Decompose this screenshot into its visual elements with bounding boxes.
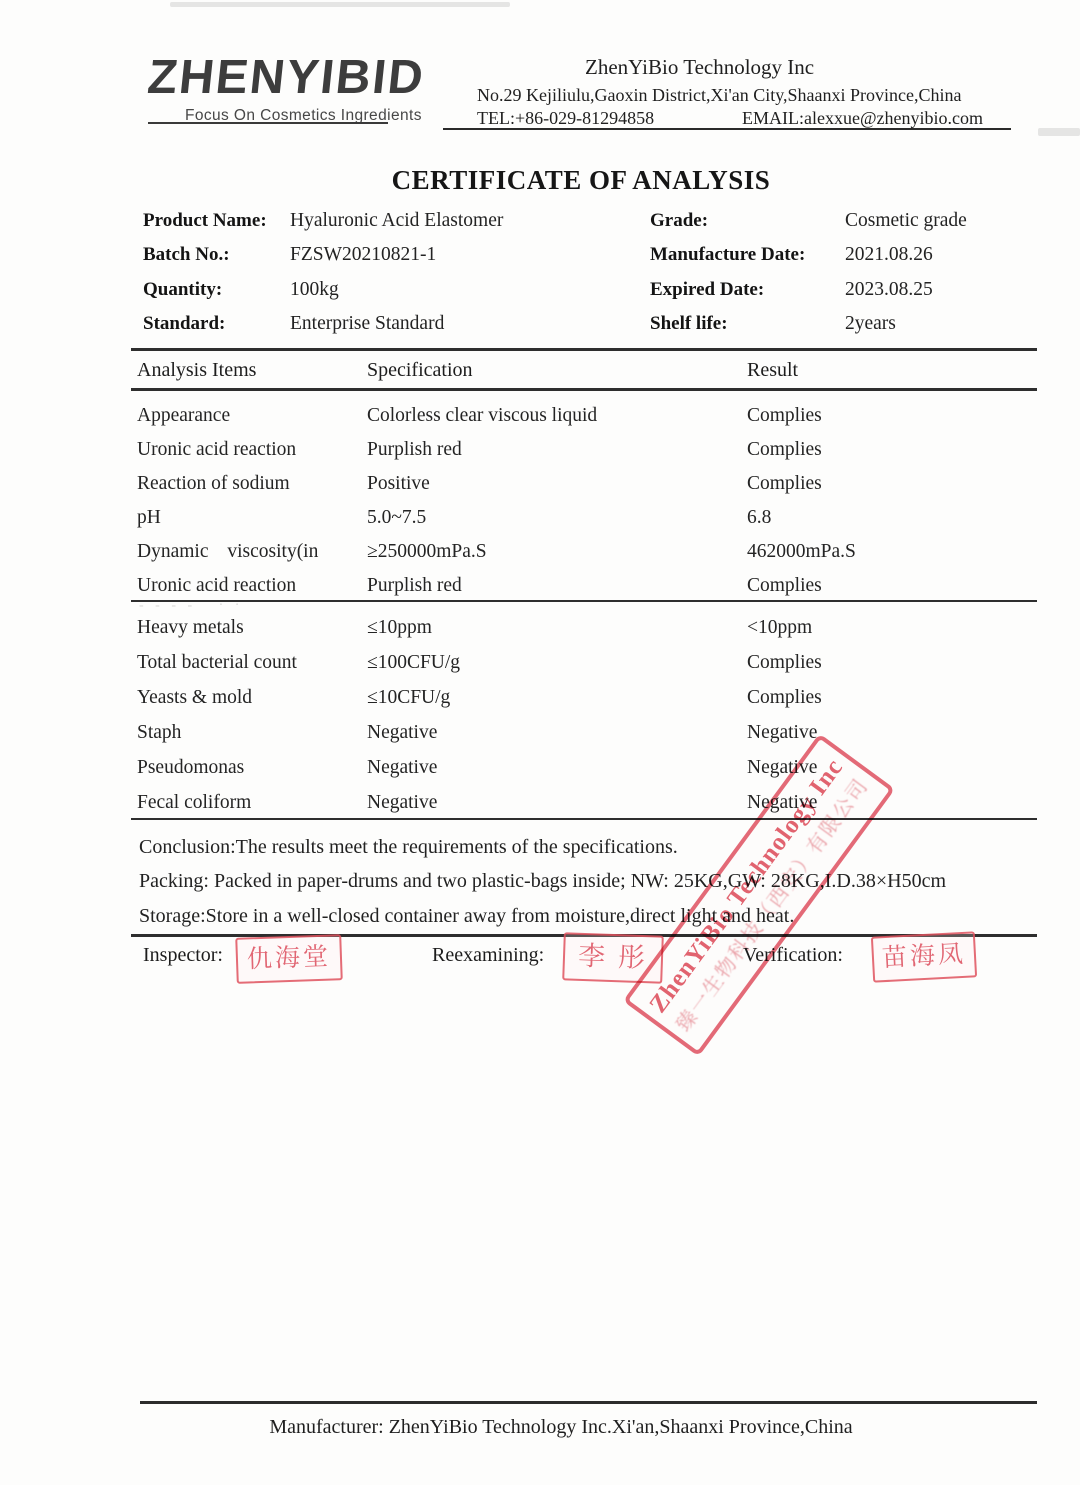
table-row: Dynamic viscosity(in ≥250000mPa.S 462000… <box>131 529 1037 563</box>
standard-value: Enterprise Standard <box>290 313 444 335</box>
storage-line: Storage:Store in a well-closed container… <box>131 893 1037 928</box>
faded-text-artifact: ‑ ‑ ‑ ‑ · · <box>139 598 243 614</box>
company-address: No.29 Kejiliulu,Gaoxin District,Xi'an Ci… <box>477 85 962 106</box>
cell-spec: Purplish red <box>361 575 741 597</box>
cell-result: Complies <box>741 439 1037 461</box>
cell-spec: 5.0~7.5 <box>361 507 741 529</box>
grade-value: Cosmetic grade <box>845 210 967 232</box>
cell-spec: Purplish red <box>361 439 741 461</box>
manufacturer-line: Manufacturer: ZhenYiBio Technology Inc.X… <box>0 1416 1080 1439</box>
quantity-value: 100kg <box>290 279 339 301</box>
cell-spec: Negative <box>361 792 741 814</box>
table-row: Pseudomonas Negative Negative <box>131 744 1037 779</box>
cell-spec: ≤10ppm <box>361 617 741 639</box>
shelf-life-value: 2years <box>845 313 896 335</box>
shelf-life-label: Shelf life: <box>650 313 845 335</box>
product-name-label: Product Name: <box>143 210 290 232</box>
certificate-page: ZHENYIBID Focus On Cosmetics Ingredients… <box>0 0 1080 1485</box>
conclusion-line: Conclusion:The results meet the requirem… <box>131 824 1037 859</box>
standard-label: Standard: <box>143 313 290 335</box>
batch-no-label: Batch No.: <box>143 244 290 266</box>
cell-result: 6.8 <box>741 507 1037 529</box>
cell-result: Complies <box>741 652 1037 674</box>
cell-result: Complies <box>741 473 1037 495</box>
cell-result: 462000mPa.S <box>741 541 1037 563</box>
column-header-result: Result <box>741 351 1037 388</box>
cell-item: Reaction of sodium <box>131 473 361 495</box>
scan-smudge-top <box>170 2 510 7</box>
footer-rule <box>140 1401 1037 1404</box>
logo-underline <box>148 122 388 124</box>
cell-result: Complies <box>741 687 1037 709</box>
table-row: Total bacterial count ≤100CFU/g Complies <box>131 639 1037 674</box>
logo-block: ZHENYIBID Focus On Cosmetics Ingredients <box>148 50 425 125</box>
info-row-expired-date: Expired Date: 2023.08.25 <box>650 279 1050 313</box>
cell-item: Dynamic viscosity(in <box>131 541 361 563</box>
table-row: Appearance Colorless clear viscous liqui… <box>131 393 1037 427</box>
info-row-standard: Standard: Enterprise Standard <box>143 313 623 347</box>
manufacture-date-label: Manufacture Date: <box>650 244 845 266</box>
company-tel: TEL:+86-029-81294858 <box>477 108 654 129</box>
cell-item: Uronic acid reaction <box>131 575 361 597</box>
table-row: Fecal coliform Negative Negative <box>131 779 1037 814</box>
batch-no-value: FZSW20210821-1 <box>290 244 436 266</box>
analysis-table: Analysis Items Specification Result Appe… <box>131 348 1037 937</box>
cell-result: Negative <box>741 722 1037 744</box>
table-row: Heavy metals ≤10ppm <10ppm <box>131 604 1037 639</box>
inspector-name-stamp: 仇海堂 <box>235 934 343 984</box>
cell-item: Fecal coliform <box>131 792 361 814</box>
cell-item: Total bacterial count <box>131 652 361 674</box>
info-row-batch-no: Batch No.: FZSW20210821-1 <box>143 244 623 278</box>
cell-spec: Negative <box>361 757 741 779</box>
info-row-manufacture-date: Manufacture Date: 2021.08.26 <box>650 244 1050 278</box>
table-section-1: Appearance Colorless clear viscous liqui… <box>131 391 1037 600</box>
cell-item: Uronic acid reaction <box>131 439 361 461</box>
page-title: CERTIFICATE OF ANALYSIS <box>0 165 1080 196</box>
verification-name-stamp: 苗海凤 <box>871 931 977 982</box>
product-name-value: Hyaluronic Acid Elastomer <box>290 210 503 232</box>
info-row-quantity: Quantity: 100kg <box>143 279 623 313</box>
cell-spec: Negative <box>361 722 741 744</box>
cell-spec: ≤100CFU/g <box>361 652 741 674</box>
table-row: Uronic acid reaction Purplish red Compli… <box>131 563 1037 597</box>
table-row: Reaction of sodium Positive Complies <box>131 461 1037 495</box>
table-row: pH 5.0~7.5 6.8 <box>131 495 1037 529</box>
header-underline <box>443 128 1011 130</box>
packing-line: Packing: Packed in paper-drums and two p… <box>131 859 1037 894</box>
info-row-product-name: Product Name: Hyaluronic Acid Elastomer <box>143 210 623 244</box>
column-header-specification: Specification <box>361 351 741 388</box>
table-row: Staph Negative Negative <box>131 709 1037 744</box>
logo-wordmark: ZHENYIBID <box>145 50 427 105</box>
cell-result: <10ppm <box>741 617 1037 639</box>
expired-date-value: 2023.08.25 <box>845 279 933 301</box>
product-info-left: Product Name: Hyaluronic Acid Elastomer … <box>143 210 623 348</box>
reexamining-label: Reexamining: <box>432 944 544 967</box>
quantity-label: Quantity: <box>143 279 290 301</box>
cell-result: Complies <box>741 405 1037 427</box>
cell-spec: Colorless clear viscous liquid <box>361 405 741 427</box>
inspector-label: Inspector: <box>143 944 223 967</box>
cell-item: Yeasts & mold <box>131 687 361 709</box>
expired-date-label: Expired Date: <box>650 279 845 301</box>
cell-spec: Positive <box>361 473 741 495</box>
grade-label: Grade: <box>650 210 845 232</box>
table-section-2: Heavy metals ≤10ppm <10ppm Total bacteri… <box>131 602 1037 818</box>
cell-result: Negative <box>741 757 1037 779</box>
company-name: ZhenYiBio Technology Inc <box>585 55 814 80</box>
info-row-grade: Grade: Cosmetic grade <box>650 210 1050 244</box>
cell-item: Staph <box>131 722 361 744</box>
cell-spec: ≤10CFU/g <box>361 687 741 709</box>
manufacture-date-value: 2021.08.26 <box>845 244 933 266</box>
scan-smudge-right <box>1038 128 1080 136</box>
company-email: EMAIL:alexxue@zhenyibio.com <box>742 108 983 129</box>
cell-item: pH <box>131 507 361 529</box>
notes-block: Conclusion:The results meet the requirem… <box>131 820 1037 934</box>
cell-item: Heavy metals <box>131 617 361 639</box>
table-row: Yeasts & mold ≤10CFU/g Complies <box>131 674 1037 709</box>
table-header-row: Analysis Items Specification Result <box>131 351 1037 388</box>
product-info-right: Grade: Cosmetic grade Manufacture Date: … <box>650 210 1050 348</box>
column-header-analysis-items: Analysis Items <box>131 351 361 388</box>
cell-spec: ≥250000mPa.S <box>361 541 741 563</box>
info-row-shelf-life: Shelf life: 2years <box>650 313 1050 347</box>
cell-item: Pseudomonas <box>131 757 361 779</box>
cell-item: Appearance <box>131 405 361 427</box>
table-row: Uronic acid reaction Purplish red Compli… <box>131 427 1037 461</box>
cell-result: Complies <box>741 575 1037 597</box>
